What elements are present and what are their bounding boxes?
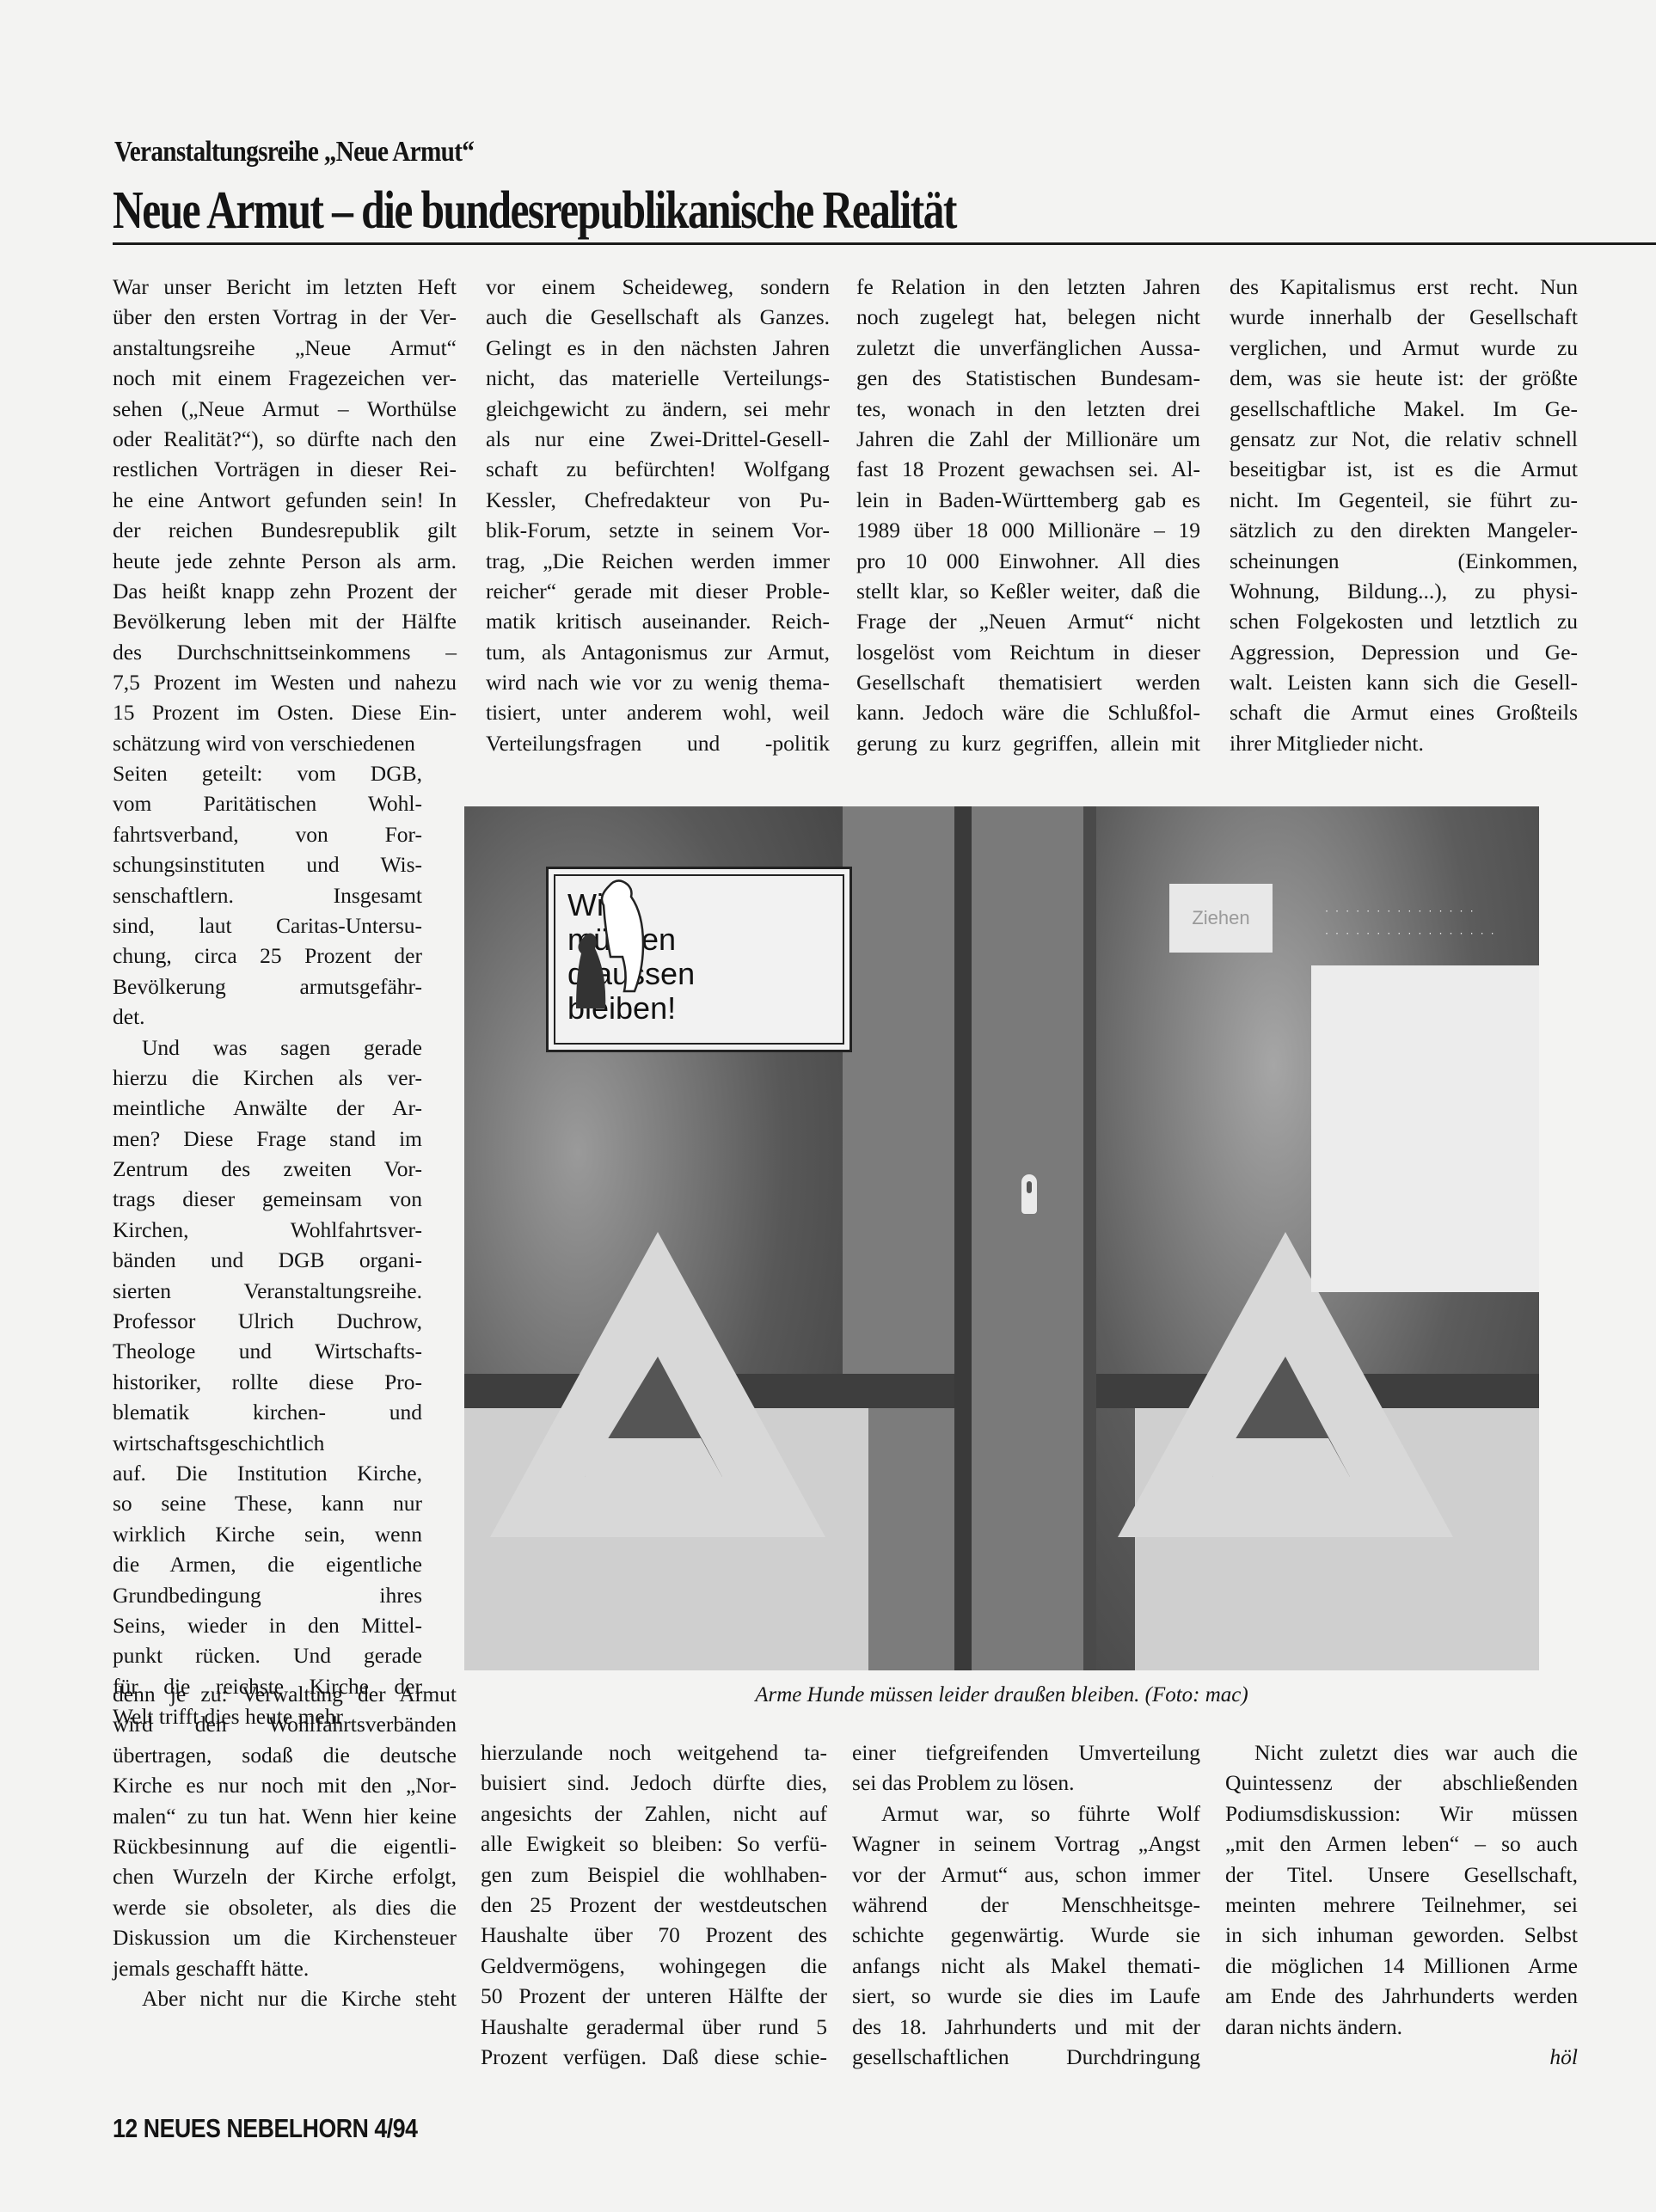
text-line: am Ende des Jahrhunderts werden — [1225, 1981, 1578, 2011]
page-footer: 12 NEUES NEBELHORN 4/94 — [113, 2113, 418, 2144]
text-line: gleichgewicht zu ändern, sei mehr — [486, 394, 830, 424]
text-line: schungsinstituten und Wis- — [113, 849, 422, 879]
text-line: sierten Veranstaltungsreihe. — [113, 1276, 422, 1306]
headline: Neue Armut – die bundesrepublikanische R… — [113, 181, 956, 241]
text-line: ihrer Mitglieder nicht. — [1230, 728, 1578, 758]
text-line: walt. Leisten kann sich die Gesell- — [1230, 667, 1578, 697]
text-line: Aber nicht nur die Kirche steht — [113, 1983, 457, 2013]
text-line: werde sie obsoleter, als dies die — [113, 1892, 457, 1922]
text-line: 1989 über 18 000 Millionäre – 19 — [856, 515, 1200, 545]
text-line: wird nach wie vor zu wenig thema- — [486, 667, 830, 697]
column-1-top: War unser Bericht im letzten Heftüber de… — [113, 272, 457, 758]
text-line: he eine Antwort gefunden sein! In — [113, 485, 457, 515]
text-line: reicher“ gerade mit dieser Proble- — [486, 576, 830, 606]
text-line: so seine These, kann nur — [113, 1488, 422, 1518]
text-line: beseitigbar ist, ist es die Armut — [1230, 454, 1578, 484]
text-line: jemals geschafft hätte. — [113, 1953, 457, 1983]
text-line: sehen („Neue Armut – Worthülse — [113, 394, 457, 424]
text-line: gesellschaftlichen Durchdringung — [852, 2042, 1200, 2072]
text-line: vom Paritätischen Wohl- — [113, 788, 422, 818]
text-line: Seiten geteilt: vom DGB, — [113, 758, 422, 788]
text-line: wurde innerhalb der Gesellschaft — [1230, 302, 1578, 332]
text-line: nicht. Im Gegenteil, sie führt zu- — [1230, 485, 1578, 515]
text-line: gerung zu kurz gegriffen, allein mit — [856, 728, 1200, 758]
text-line: Kessler, Chefredakteur von Pu- — [486, 485, 830, 515]
text-line: chen Wurzeln der Kirche erfolgt, — [113, 1861, 457, 1891]
photo-caption: Arme Hunde müssen leider draußen bleiben… — [464, 1683, 1539, 1707]
text-line: Und was sagen gerade — [113, 1032, 422, 1063]
text-line: schaft die Armut eines Großteils — [1230, 697, 1578, 727]
text-line: siert, so wurde sie dies im Laufe — [852, 1981, 1200, 2011]
text-line: die möglichen 14 Millionen Arme — [1225, 1951, 1578, 1981]
headline-rule — [113, 242, 1656, 245]
text-line: verglichen, und Armut wurde zu — [1230, 333, 1578, 363]
column-4-top: des Kapitalismus erst recht. Nunwurde in… — [1230, 272, 1578, 758]
text-line: alle Ewigkeit so bleiben: So verfü- — [481, 1829, 827, 1859]
text-line: Prozent verfügen. Daß diese schie- — [481, 2042, 827, 2072]
text-line: Quintessenz der abschließenden — [1225, 1768, 1578, 1798]
text-line: Theologe und Wirtschafts- — [113, 1336, 422, 1366]
text-line: den 25 Prozent der westdeutschen — [481, 1890, 827, 1920]
text-line: tum, als Antagonismus zur Armut, — [486, 637, 830, 667]
column-4-bottom: Nicht zuletzt dies war auch dieQuintesse… — [1225, 1737, 1578, 2072]
text-line: angesichts der Zahlen, nicht auf — [481, 1798, 827, 1829]
text-line: Jahren die Zahl der Millionäre um — [856, 424, 1200, 454]
text-line: Das heißt knapp zehn Prozent der — [113, 576, 457, 606]
column-1-side: Seiten geteilt: vom DGB,vom Paritätische… — [113, 758, 422, 1732]
text-line: anstaltungsreihe „Neue Armut“ — [113, 333, 457, 363]
text-line: Haushalte geradermal über rund 5 — [481, 2012, 827, 2042]
text-line: Seins, wieder in den Mittel- — [113, 1610, 422, 1640]
text-line: trags dieser gemeinsam von — [113, 1184, 422, 1214]
text-line: die Armen, die eigentliche — [113, 1549, 422, 1579]
column-3-bottom: einer tiefgreifenden Umverteilungsei das… — [852, 1737, 1200, 2072]
text-line: des Kapitalismus erst recht. Nun — [1230, 272, 1578, 302]
dog-icon — [549, 869, 660, 1020]
text-line: losgelöst vom Reichtum in dieser — [856, 637, 1200, 667]
text-line: Aggression, Depression und Ge- — [1230, 637, 1578, 667]
text-line: oder Realität?“), so dürfte nach den — [113, 424, 457, 454]
text-line: fast 18 Prozent gewachsen sei. Al- — [856, 454, 1200, 484]
text-line: Frage der „Neuen Armut“ nicht — [856, 606, 1200, 636]
text-line: fahrtsverband, von For- — [113, 819, 422, 849]
text-line: gesellschaftliche Makel. Im Ge- — [1230, 394, 1578, 424]
text-line: in sich inhuman geworden. Selbst — [1225, 1920, 1578, 1950]
text-line: men? Diese Frage stand im — [113, 1124, 422, 1154]
text-line: punkt rücken. Und gerade — [113, 1640, 422, 1670]
photo-door: Wir müssen draussen bleiben! Ziehen · · … — [464, 806, 1539, 1670]
text-line: „mit den Armen leben“ – so auch — [1225, 1829, 1578, 1859]
text-line: malen“ zu tun hat. Wenn hier keine — [113, 1801, 457, 1831]
text-line: Verteilungsfragen und -politik — [486, 728, 830, 758]
text-line: Podiumsdiskussion: Wir müssen — [1225, 1798, 1578, 1829]
text-line: meinten mehrere Teilnehmer, sei — [1225, 1890, 1578, 1920]
text-line: matik kritisch auseinander. Reich- — [486, 606, 830, 636]
text-line: trag, „Die Reichen werden immer — [486, 546, 830, 576]
text-line: denn je zu: Verwaltung der Armut — [113, 1679, 457, 1709]
text-line: schen Folgekosten und letztlich zu — [1230, 606, 1578, 636]
column-1-bottom: denn je zu: Verwaltung der Armutwird den… — [113, 1679, 457, 2013]
text-line: schätzung wird von verschiedenen — [113, 728, 457, 758]
text-line: bänden und DGB organi- — [113, 1245, 422, 1275]
text-line: Diskussion um die Kirchensteuer — [113, 1922, 457, 1952]
text-line: Haushalte über 70 Prozent des — [481, 1920, 827, 1950]
text-line: schaft zu befürchten! Wolfgang — [486, 454, 830, 484]
text-line: auf. Die Institution Kirche, — [113, 1458, 422, 1488]
text-line: sind, laut Caritas-Untersu- — [113, 910, 422, 941]
text-line: der Titel. Unsere Gesellschaft, — [1225, 1860, 1578, 1890]
text-line: des 18. Jahrhunderts und mit der — [852, 2012, 1200, 2042]
text-line: sätzlich zu den direkten Mangeler- — [1230, 515, 1578, 545]
text-line: sei das Problem zu lösen. — [852, 1768, 1200, 1798]
text-line: stellt klar, so Keßler weiter, daß die — [856, 576, 1200, 606]
text-line: tisiert, unter anderem wohl, weil — [486, 697, 830, 727]
text-line: wirtschaftsgeschichtlich — [113, 1428, 422, 1458]
text-line: Wagner in seinem Vortrag „Angst — [852, 1829, 1200, 1859]
text-line: Wohnung, Bildung...), zu physi- — [1230, 576, 1578, 606]
text-line: Nicht zuletzt dies war auch die — [1225, 1737, 1578, 1768]
text-line: blematik kirchen- und — [113, 1397, 422, 1427]
text-line: gen des Statistischen Bundesam- — [856, 363, 1200, 393]
text-line: auch die Gesellschaft als Ganzes. — [486, 302, 830, 332]
text-line: des Durchschnittseinkommens – — [113, 637, 457, 667]
text-line: fe Relation in den letzten Jahren — [856, 272, 1200, 302]
text-line: daran nichts ändern. — [1225, 2012, 1578, 2042]
text-line: meintliche Anwälte der Ar- — [113, 1093, 422, 1123]
text-line: hierzu die Kirchen als ver- — [113, 1063, 422, 1093]
text-line: wird den Wohlfahrtsverbänden — [113, 1709, 457, 1739]
text-line: noch zugelegt hat, belegen nicht — [856, 302, 1200, 332]
text-line: der reichen Bundesrepublik gilt — [113, 515, 457, 545]
text-line: über den ersten Vortrag in der Ver- — [113, 302, 457, 332]
text-line: gen zum Beispiel die wohlhaben- — [481, 1860, 827, 1890]
text-line: blik-Forum, setzte in seinem Vor- — [486, 515, 830, 545]
text-line: schichte gegenwärtig. Wurde sie — [852, 1920, 1200, 1950]
door-notice-paper — [1311, 965, 1539, 1292]
text-line: Geldvermögens, wohingegen die — [481, 1951, 827, 1981]
text-line: Kirche es nur noch mit den „Nor- — [113, 1770, 457, 1800]
text-line: scheinungen (Einkommen, — [1230, 546, 1578, 576]
text-line: übertragen, sodaß die deutsche — [113, 1740, 457, 1770]
kicker: Veranstaltungsreihe „Neue Armut“ — [114, 136, 474, 169]
text-line: War unser Bericht im letzten Heft — [113, 272, 457, 302]
text-line: 50 Prozent der unteren Hälfte der — [481, 1981, 827, 2011]
text-line: Armut war, so führte Wolf — [852, 1798, 1200, 1829]
text-line: chung, circa 25 Prozent der — [113, 941, 422, 971]
text-line: lein in Baden-Württemberg gab es — [856, 485, 1200, 515]
text-line: tes, wonach in den letzten drei — [856, 394, 1200, 424]
text-line: Bevölkerung leben mit der Hälfte — [113, 606, 457, 636]
text-line: als nur eine Zwei-Drittel-Gesell- — [486, 424, 830, 454]
text-line: Zentrum des zweiten Vor- — [113, 1154, 422, 1184]
text-line: wirklich Kirche sein, wenn — [113, 1519, 422, 1549]
text-line: det. — [113, 1002, 422, 1032]
text-line: zuletzt die unverfänglichen Aussa- — [856, 333, 1200, 363]
text-line: restlichen Vorträgen in dieser Rei- — [113, 454, 457, 484]
text-line: senschaftlern. Insgesamt — [113, 880, 422, 910]
text-line: pro 10 000 Einwohner. All dies — [856, 546, 1200, 576]
text-line: heute jede zehnte Person als arm. — [113, 546, 457, 576]
door-notice-text: · · · · · · · · · · · · · · · · · · · · … — [1324, 901, 1539, 946]
text-line: während der Menschheitsge- — [852, 1890, 1200, 1920]
text-line: Bevölkerung armutsgefähr- — [113, 971, 422, 1002]
text-line: nicht, das materielle Verteilungs- — [486, 363, 830, 393]
text-line: noch mit einem Fragezeichen ver- — [113, 363, 457, 393]
text-line: einer tiefgreifenden Umverteilung — [852, 1737, 1200, 1768]
text-line: kann. Jedoch wäre die Schlußfol- — [856, 697, 1200, 727]
door-label-pull: Ziehen — [1169, 884, 1273, 953]
text-line: vor der Armut“ aus, schon immer — [852, 1860, 1200, 1890]
text-line: Kirchen, Wohlfahrtsver- — [113, 1215, 422, 1245]
text-line: gensatz zur Not, die relativ schnell — [1230, 424, 1578, 454]
text-line: vor einem Scheideweg, sondern — [486, 272, 830, 302]
author-signature: höl — [1225, 2042, 1578, 2072]
text-line: buisiert sind. Jedoch dürfte dies, — [481, 1768, 827, 1798]
text-line: hierzulande noch weitgehend ta- — [481, 1737, 827, 1768]
column-2-top: vor einem Scheideweg, sondernauch die Ge… — [486, 272, 830, 758]
text-line: Grundbedingung ihres — [113, 1580, 422, 1610]
keyhole-icon — [1021, 1174, 1037, 1214]
text-line: 15 Prozent im Osten. Diese Ein- — [113, 697, 457, 727]
text-line: Gelingt es in den nächsten Jahren — [486, 333, 830, 363]
text-line: Rückbesinnung auf die eigentli- — [113, 1831, 457, 1861]
text-line: historiker, rollte diese Pro- — [113, 1367, 422, 1397]
column-2-bottom: hierzulande noch weitgehend ta-buisiert … — [481, 1737, 827, 2072]
text-line: 7,5 Prozent im Westen und nahezu — [113, 667, 457, 697]
text-line: Gesellschaft thematisiert werden — [856, 667, 1200, 697]
text-line: dem, was sie heute ist: der größte — [1230, 363, 1578, 393]
text-line: anfangs nicht als Makel themati- — [852, 1951, 1200, 1981]
text-line: Professor Ulrich Duchrow, — [113, 1306, 422, 1336]
no-dogs-sign: Wir müssen draussen bleiben! — [546, 867, 852, 1052]
column-3-top: fe Relation in den letzten Jahrennoch zu… — [856, 272, 1200, 758]
